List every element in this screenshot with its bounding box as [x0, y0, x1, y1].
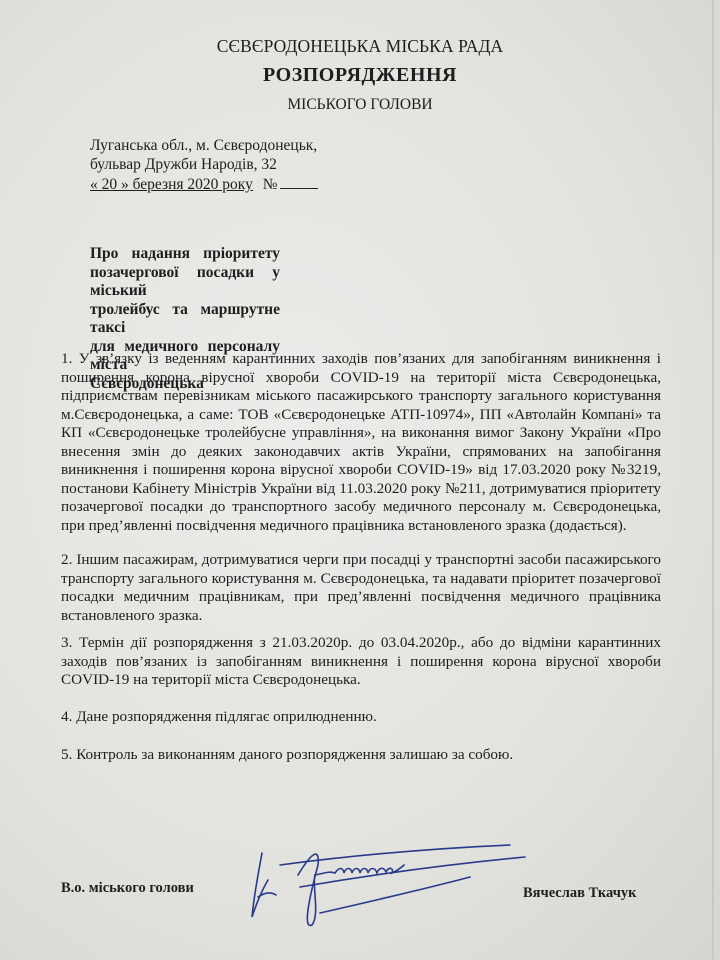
- council-name: СЄВЄРОДОНЕЦЬКА МІСЬКА РАДА: [0, 36, 720, 57]
- subject-line: тролейбус та маршрутне таксі: [90, 301, 280, 338]
- document-page: СЄВЄРОДОНЕЦЬКА МІСЬКА РАДА РОЗПОРЯДЖЕННЯ…: [0, 0, 720, 960]
- address-line-2: бульвар Дружби Народів, 32: [90, 156, 318, 175]
- document-date: « 20 » березня 2020 року: [90, 176, 253, 193]
- paragraph-2: 2. Іншим пасажирам, дотримуватися черги …: [61, 551, 661, 625]
- signatory-role: В.о. міського голови: [61, 880, 194, 897]
- paragraph-3: 3. Термін дії розпорядження з 21.03.2020…: [61, 634, 661, 690]
- document-title: РОЗПОРЯДЖЕННЯ: [0, 64, 720, 87]
- signatory-name: Вячеслав Ткачук: [523, 885, 636, 902]
- number-blank: [280, 174, 318, 189]
- subject-line: позачергової посадки у міський: [90, 264, 280, 301]
- document-subtitle: МІСЬКОГО ГОЛОВИ: [0, 96, 720, 114]
- paper-edge: [712, 0, 714, 960]
- paragraph-1: 1. У зв’язку із веденням карантинних зах…: [61, 350, 661, 535]
- number-label: №: [263, 176, 278, 193]
- handwritten-signature-icon: [240, 835, 530, 935]
- paragraph-5: 5. Контроль за виконанням даного розпоря…: [61, 746, 661, 765]
- address-line-1: Луганська обл., м. Сєвєродонецьк,: [90, 137, 318, 156]
- address-block: Луганська обл., м. Сєвєродонецьк, бульва…: [90, 137, 318, 195]
- paragraph-4: 4. Дане розпорядження підлягає оприлюдне…: [61, 708, 661, 727]
- subject-line: Про надання пріоритету: [90, 245, 280, 264]
- date-line: « 20 » березня 2020 року №: [90, 174, 318, 195]
